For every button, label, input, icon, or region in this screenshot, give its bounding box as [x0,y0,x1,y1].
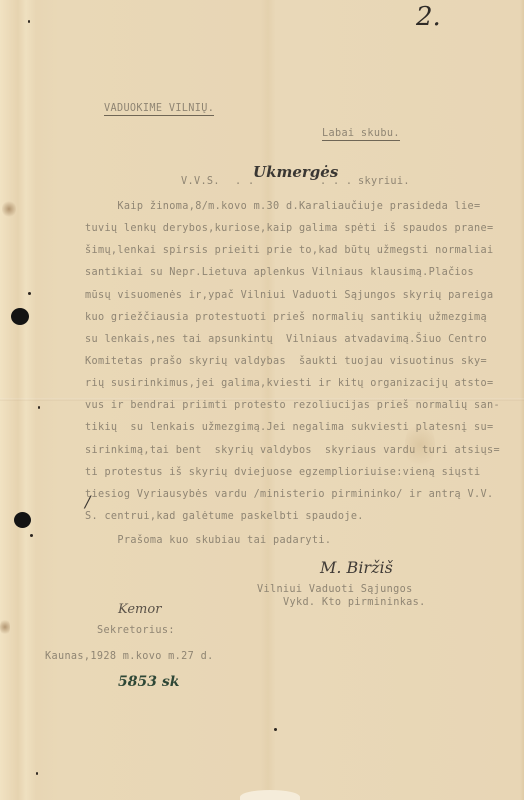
ink-speck [36,772,38,775]
addressee-dots-after: . . . [320,177,352,187]
ink-speck [274,728,277,731]
body-line: Kaip žinoma,8/m.kovo m.30 d.Karaliaučiuj… [85,202,481,212]
handwritten-page-number: 2. [416,2,441,32]
punch-hole-lower [14,512,31,528]
handwritten-secretary-signature: Kemor [118,602,161,617]
body-line: tuvių lenkų derybos,kuriose,kaip galima … [85,224,493,234]
body-line: vus ir bendrai priimti protesto rezoliuc… [85,401,500,411]
document-page: 2. VADUOKIME VILNIŲ. Labai skubu. V.V.S.… [0,0,524,800]
body-line: tiesiog Vyriausybės vardu /ministerio pi… [85,490,493,500]
ink-speck [30,534,33,537]
secretary-label: Sekretorius: [97,626,175,636]
closing-request: Prašoma kuo skubiau tai padaryti. [85,536,331,546]
edge-stain [0,618,10,636]
paper-stain [405,420,435,470]
ink-speck [28,292,31,295]
handwritten-correction-mark: / [85,492,90,511]
addressee-dots-before: . . [235,177,254,187]
signature-title-line1: Vilniui Vaduoti Sąjungos [257,585,413,595]
handwritten-chairman-signature: M. Biržiš [320,558,393,577]
handwritten-registry-number: 5853 sk [118,674,179,690]
ink-speck [28,20,30,23]
addressee-suffix: skyriui. [358,177,410,187]
place-and-date: Kaunas,1928 m.kovo m.27 d. [45,652,214,662]
body-line: sirinkimą,tai bent skyrių valdybos skyri… [85,446,500,456]
edge-stain [2,200,16,218]
body-line: su lenkais,nes tai apsunkintų Vilniaus a… [85,335,487,345]
body-line: šimų,lenkai spirsis prieiti prie to,kad … [85,246,493,256]
urgency-note: Labai skubu. [322,129,400,141]
motto-heading: VADUOKIME VILNIŲ. [104,104,214,116]
ink-speck [38,406,40,409]
body-line: mūsų visuomenės ir,ypač Vilniui Vaduoti … [85,291,493,301]
body-line: kuo griežčiausia protestuoti prieš norma… [85,313,487,323]
addressee-prefix: V.V.S. [181,177,220,187]
body-line: Komitetas prašo skyrių valdybas šaukti t… [85,357,487,367]
body-line: S. centrui,kad galėtume paskelbti spaudo… [85,512,364,522]
punch-hole-upper [11,308,29,325]
signature-title-line2: Vykd. Kto pirmininkas. [283,598,426,608]
body-line: santikiai su Nepr.Lietuva aplenkus Vilni… [85,268,474,278]
body-line: rių susirinkimus,jei galima,kviesti ir k… [85,379,493,389]
paper-tear [240,790,300,800]
